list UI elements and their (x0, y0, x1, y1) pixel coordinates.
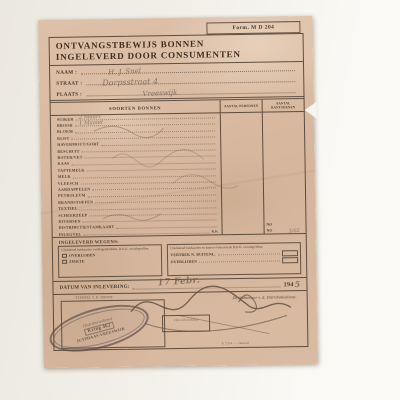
checkbox-overlijden-right (282, 257, 298, 263)
checkbox-ziekte (62, 260, 67, 264)
row-label: BLOEM (57, 129, 73, 134)
row-label: BESCHUIT (57, 148, 79, 153)
checkbox-overlijden-left (61, 254, 66, 258)
datum-label: DATUM VAN INLEVERING: (59, 285, 129, 291)
wegens-option-overlijden-right: OVERLIJDEN (171, 257, 298, 264)
row-label: DIVERSEN (58, 218, 80, 223)
overlijden-left-label: OVERLIJDEN (69, 254, 95, 258)
row-label: MELK (58, 174, 71, 179)
row-label: VLEESCH (58, 180, 79, 185)
inlegvel-number-handwriting: 3/02 (288, 228, 300, 235)
row-label: BOTER/VET (57, 155, 82, 160)
wegens-option-ziekte: ZIEKTE (62, 258, 159, 264)
stamp-box-label: STEMPEL V. D. DIENST (76, 295, 113, 300)
row-label-cell: INLEGVEL K.K. (53, 228, 222, 237)
wegens-right-box: Uitsluitend bonkaarten en daartoe behoor… (167, 242, 301, 276)
distribution-stamp: Distributiedienst Kring 462 JUTPHAAS-VRE… (45, 296, 154, 361)
row-label: AARDAPPELEN (58, 186, 91, 192)
checkbox-vertrek (281, 250, 297, 256)
volgnummer-label: VOLGNUMMER (163, 318, 209, 323)
vertrek-label: VERTREK N. BUITENL. (170, 252, 215, 257)
stamp-box: Distributiedienst Kring 462 JUTPHAAS-VRE… (61, 300, 166, 350)
row-label: TEXTIEL (58, 206, 77, 211)
row-suffix: K.K. (212, 230, 219, 234)
year-handwriting: 5 (295, 280, 301, 290)
bottom-section: STEMPEL V. D. DIENST Distributiedienst K… (54, 291, 308, 350)
row-label: RIJST (57, 136, 69, 141)
row-label: SCHEERZEEP (58, 212, 87, 217)
row-label: PETROLEUM (58, 193, 86, 198)
printer-code: A 2354 — Januari (221, 341, 249, 345)
row-label: SUIKER (57, 116, 74, 121)
wegens-left-intro: Uitsluitend bonkaarten voedingsmiddelen,… (61, 247, 158, 252)
form-main-box: ONTVANGSTBEWIJS BONNEN INGELEVERD DOOR C… (49, 33, 309, 351)
wegens-left-box: Uitsluitend bonkaarten voedingsmiddelen,… (58, 245, 162, 279)
form-number: Form. M D 204 (232, 24, 274, 31)
stamp-line3: JUTPHAAS-VREESWIJK (76, 326, 126, 344)
stamp-line1: Distributiedienst (82, 316, 113, 329)
page-title-line2: INGELEVERD DOOR CONSUMENTEN (56, 48, 297, 63)
aantal-personen-cell (222, 228, 264, 235)
torn-edge-notch (305, 102, 317, 119)
plaats-label: PLAATS : (56, 91, 82, 98)
ziekte-label: ZIEKTE (69, 259, 85, 263)
row-label: TAPTEMELK (58, 167, 85, 172)
bonnen-table-body: SUIKER 2 Maart BROOD 1 Maand BLOEM RIJST (51, 112, 306, 238)
plaats-handwriting: Vreeswijk (142, 88, 177, 98)
row-dotted-leader (83, 230, 209, 236)
row-label: KAAS (58, 161, 70, 166)
ration-receipt-paper: Form. M D 204 ONTVANGSTBEWIJS BONNEN ING… (38, 16, 317, 368)
wegens-option-overlijden-left: OVERLIJDEN (61, 253, 158, 259)
col-header-aantal-personen: AANTAL PERSONEN (220, 100, 262, 113)
datum-dotted-line (133, 281, 281, 290)
official-label: De Ambtenaar v. d. Distributiedienst, (232, 295, 296, 301)
year-prefix: 194 (284, 281, 294, 288)
col-header-aantal-rantsoenen: AANTAL RANTSOENEN (262, 99, 304, 112)
row-label: INLEGVEL (59, 231, 82, 236)
row-label: BRANDSTOFFEN (58, 199, 93, 205)
overlijden-dotted-line (199, 260, 280, 262)
overlijden-right-label: OVERLIJDEN (171, 260, 197, 264)
row-label: BROOD (57, 123, 73, 128)
scanned-document-screen: Form. M D 204 ONTVANGSTBEWIJS BONNEN ING… (0, 0, 400, 400)
volgnummer-box: VOLGNUMMER (162, 315, 210, 333)
vertrek-dotted-line (218, 253, 280, 255)
title-block: ONTVANGSTBEWIJS BONNEN INGELEVERD DOOR C… (50, 34, 303, 66)
stamp-line2: Kring 462 (84, 321, 115, 335)
